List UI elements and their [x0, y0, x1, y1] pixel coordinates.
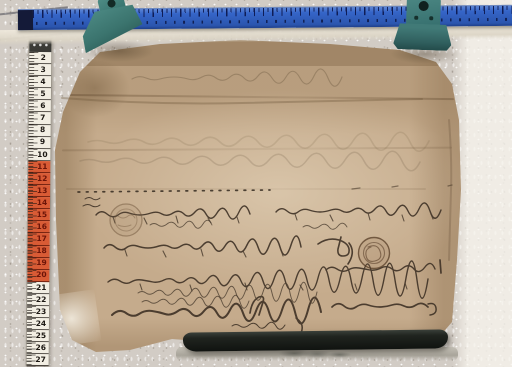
clip-jaw	[77, 1, 146, 53]
paper-light-patch	[51, 289, 102, 347]
vertical-ruler: 2 3 4 5 6 7 8 9 10 11 12 13 14 15 16 17 …	[26, 38, 53, 366]
paper-crease	[62, 147, 452, 152]
paperweight-bar	[183, 329, 448, 351]
clip-right	[391, 0, 455, 59]
clip-jaw	[393, 23, 452, 51]
clip-rivet	[414, 16, 418, 20]
clip-rivet	[429, 16, 433, 20]
manuscript-document	[52, 40, 464, 358]
paper-fold-stain	[60, 58, 130, 118]
background-light-area	[452, 0, 512, 367]
paper-crease	[66, 188, 426, 190]
photo-stage: 2 3 4 5 6 7 8 9 10 11 12 13 14 15 16 17 …	[0, 0, 512, 367]
tape-end-tab	[18, 10, 33, 30]
